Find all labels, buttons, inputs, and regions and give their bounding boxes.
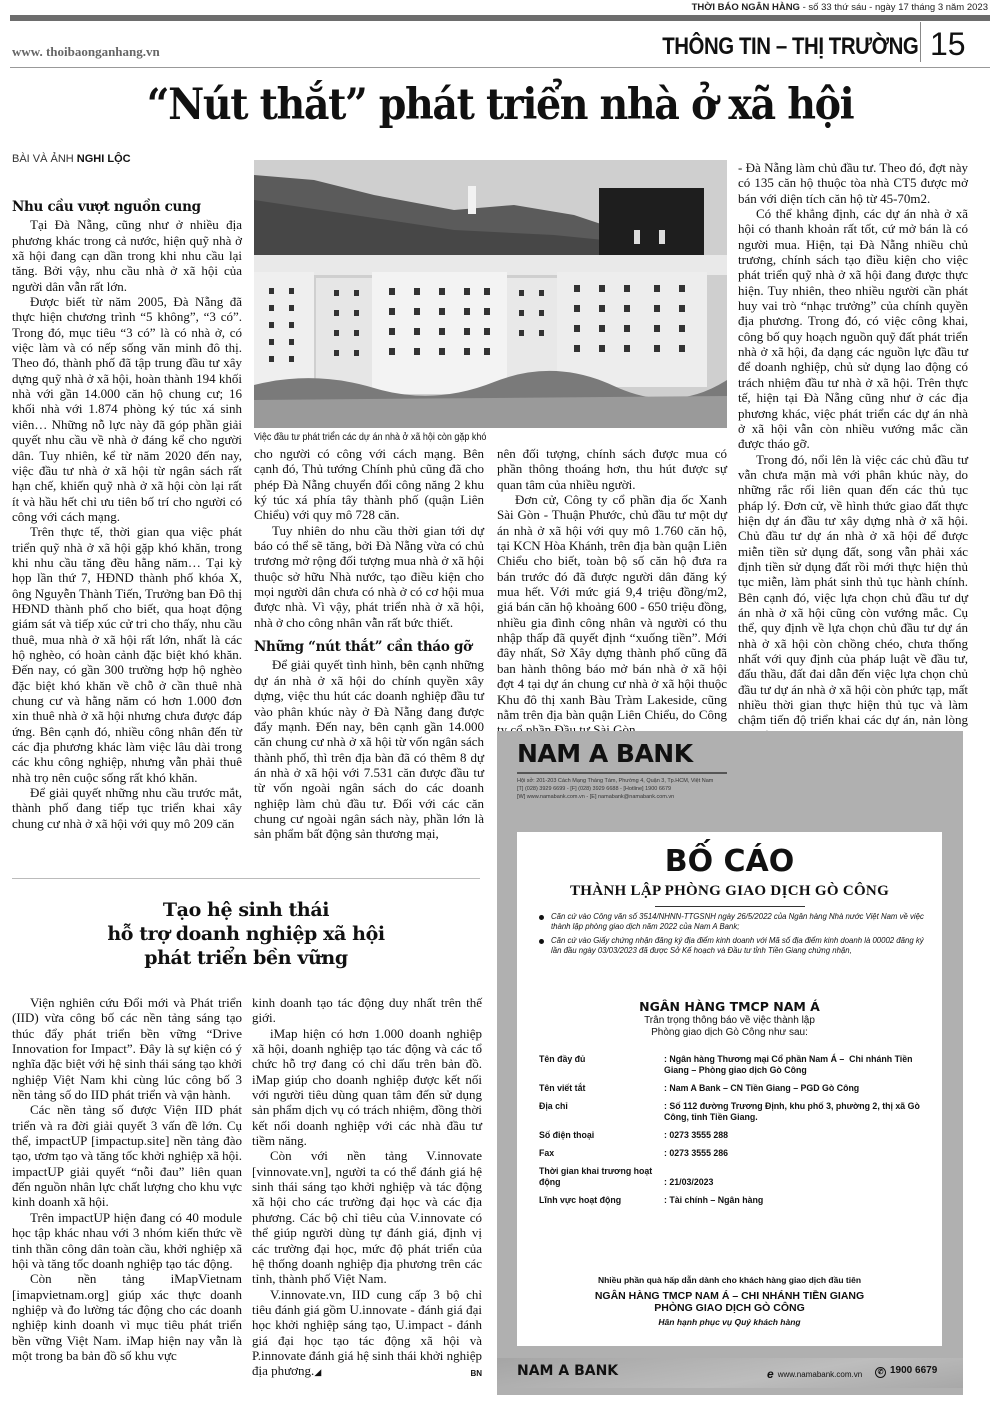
ad-branch-footer: NGÂN HÀNG TMCP NAM Á – CHI NHÁNH TIỀN GI… [517,1290,942,1314]
detail-label: Thời gian khai trương hoạt động [539,1166,664,1195]
nam-a-bank-advertisement: NAM A BANK Hội sở: 201-203 Cách Mạng Thá… [497,731,963,1395]
paragraph: Có thể khẳng định, các dự án nhà ở xã hộ… [738,206,968,452]
logo-underline [517,772,727,774]
paragraph: Còn nền tảng iMapVietnam [imapvietnam.or… [12,1271,242,1363]
paragraph-text: Trong đó, nổi lên là việc các chủ đầu tư… [738,452,968,743]
paragraph: Trên thực tế, thời gian qua việc phát tr… [12,524,242,785]
detail-label: Địa chỉ [539,1101,664,1130]
detail-value: : Số 112 đường Trương Định, khu phố 3, p… [664,1101,929,1130]
detail-row: Tên viết tắt: Nam A Bank – CN Tiền Giang… [539,1083,929,1101]
paragraph: iMap hiện có hơn 1.000 doanh nghiệp xã h… [252,1026,482,1149]
article2-title-line: hỗ trợ doanh nghiệp xã hội [12,922,480,946]
masthead-issue-line: THỜI BÁO NGÂN HÀNG - số 33 thứ sáu - ngà… [692,2,988,13]
issue-info: - số 33 thứ sáu - ngày 17 tháng 3 năm 20… [800,2,988,13]
ad-website-text: www.namabank.com.vn [778,1370,862,1379]
ad-notice-line: Trân trọng thông báo về việc thành lập [517,1015,942,1027]
ad-hotline-number: 1900 6679 [890,1365,937,1376]
detail-row: Tên đầy đủ: Ngân hàng Thương mại Cổ phần… [539,1054,929,1083]
paragraph: Tại Đà Nẵng, cũng như ở nhiều địa phương… [12,217,242,294]
article1-column-2: cho người có công với cách mạng. Bên cạn… [254,446,484,842]
paragraph: Được biết từ năm 2005, Đà Nẵng đã thực h… [12,294,242,524]
article2-title-line: phát triển bền vững [12,946,480,970]
end-mark-icon: ◢ [314,1367,321,1377]
ad-notice-text: Trân trọng thông báo về việc thành lập P… [517,1015,942,1038]
detail-value: : 0273 3555 286 [664,1148,929,1166]
article2-column-2: kinh doanh tạo tác động duy nhất trên th… [252,995,482,1382]
paragraph: Các nền tảng số được Viện IID phát triển… [12,1102,242,1209]
web-icon: e [767,1367,774,1381]
paragraph: nên đối tượng, chính sách được mua có ph… [497,446,727,492]
paragraph: - Đà Nẵng làm chủ đầu tư. Theo đó, đợt n… [738,160,968,206]
ad-contact-info: Hội sở: 201-203 Cách Mạng Tháng Tám, Phư… [517,777,713,801]
page-number-divider [920,22,921,62]
article1-column-3: nên đối tượng, chính sách được mua có ph… [497,446,727,738]
paragraph: Để giải quyết những nhu cầu trước mắt, t… [12,785,242,831]
detail-row: Thời gian khai trương hoạt động: 21/03/2… [539,1166,929,1195]
detail-label: Số điện thoại [539,1130,664,1148]
ad-bullet-item: Căn cứ vào Công văn số 3514/NHNN-TTGSNH … [537,912,932,932]
paragraph: kinh doanh tạo tác động duy nhất trên th… [252,995,482,1026]
detail-row: Địa chỉ: Số 112 đường Trương Định, khu p… [539,1101,929,1130]
ad-branch-line: PHÒNG GIAO DỊCH GÒ CÔNG [517,1302,942,1314]
article2-title-line: Tạo hệ sinh thái [12,898,480,922]
ad-subtitle: THÀNH LẬP PHÒNG GIAO DỊCH GÒ CÔNG [517,883,942,900]
ad-slogan: Hân hạnh phục vụ Quý khách hàng [517,1317,942,1327]
nam-a-bank-footer-logo: NAM A BANK [517,1363,618,1379]
detail-value: : Ngân hàng Thương mại Cổ phần Nam Á – C… [664,1054,929,1083]
byline-author: NGHI LỘC [77,153,131,165]
byline-prefix: BÀI VÀ ẢNH [12,153,77,165]
detail-label: Lĩnh vực hoạt động [539,1195,664,1213]
detail-label: Tên viết tắt [539,1083,664,1101]
section-title: THÔNG TIN – THỊ TRƯỜNG [662,33,918,61]
ad-hotline[interactable]: ✆1900 6679 [875,1365,937,1378]
ad-notice-panel: BỐ CÁO THÀNH LẬP PHÒNG GIAO DỊCH GÒ CÔNG… [517,832,942,1346]
ad-contact-line: [T] (028) 3929 6699 - [F] (028) 3929 668… [517,785,713,793]
phone-icon: ✆ [875,1367,886,1378]
article2-author: BN [452,1366,482,1381]
paragraph: Trên impactUP hiện đang có 40 module học… [12,1210,242,1271]
page-number: 15 [930,26,966,63]
masthead-bar [10,15,990,21]
header-divider [10,67,990,68]
paper-name: THỜI BÁO NGÂN HÀNG [692,2,800,13]
ad-notice-line: Phòng giao dịch Gò Công như sau: [517,1027,942,1039]
paragraph: Còn với nền tảng V.innovate [vinnovate.v… [252,1148,482,1286]
paragraph: cho người có công với cách mạng. Bên cạn… [254,446,484,523]
ad-bottom-bar: NAM A BANK ewww.namabank.com.vn ✆1900 66… [497,1358,963,1388]
ad-title: BỐ CÁO [517,844,942,879]
article-photo-apartments [254,160,727,428]
subheading-bottlenecks: Những “nút thắt” cần tháo gỡ [254,640,484,655]
site-url-link[interactable]: www. thoibaonganhang.vn [12,44,160,60]
ad-contact-line: Hội sở: 201-203 Cách Mạng Tháng Tám, Phư… [517,777,713,785]
detail-label: Tên đầy đủ [539,1054,664,1083]
apartment-photo-image [254,160,727,428]
article1-column-1: Nhu cầu vượt nguồn cung Tại Đà Nẵng, cũn… [12,200,242,831]
article2-title: Tạo hệ sinh thái hỗ trợ doanh nghiệp xã … [12,898,480,970]
ad-branch-line: NGÂN HÀNG TMCP NAM Á – CHI NHÁNH TIỀN GI… [517,1290,942,1302]
detail-row: Fax: 0273 3555 286 [539,1148,929,1166]
article2-column-1: Viện nghiên cứu Đổi mới và Phát triển (I… [12,995,242,1363]
ad-bank-name: NGÂN HÀNG TMCP NAM Á [517,999,942,1014]
paragraph: Trong đó, nổi lên là việc các chủ đầu tư… [738,452,968,746]
paragraph: V.innovate.vn, IID cung cấp 3 bộ chỉ tiê… [252,1287,482,1381]
ad-website-link[interactable]: ewww.namabank.com.vn [767,1367,862,1381]
paragraph: Tuy nhiên do nhu cầu thời gian tới dự bá… [254,523,484,630]
article1-column-4: - Đà Nẵng làm chủ đầu tư. Theo đó, đợt n… [738,160,968,745]
ad-contact-line: [W] www.namabank.com.vn - [E] namabank@n… [517,793,713,801]
detail-value: : 21/03/2023 [664,1166,929,1195]
paragraph-text: V.innovate.vn, IID cung cấp 3 bộ chỉ tiê… [252,1287,482,1379]
detail-value: : 0273 3555 288 [664,1130,929,1148]
detail-value: : Nam A Bank – CN Tiền Giang – PGD Gò Cô… [664,1083,929,1101]
ad-bullet-item: Căn cứ vào Giấy chứng nhận đăng ký địa đ… [537,936,932,956]
ad-legal-basis-list: Căn cứ vào Công văn số 3514/NHNN-TTGSNH … [537,912,932,960]
article-headline: “Nút thắt” phát triển nhà ở xã hội [40,80,960,130]
detail-row: Lĩnh vực hoạt động: Tài chính – Ngân hàn… [539,1195,929,1213]
detail-label: Fax [539,1148,664,1166]
photo-caption: Việc đầu tư phát triển các dự án nhà ở x… [254,432,486,443]
detail-row: Số điện thoại: 0273 3555 288 [539,1130,929,1148]
paragraph: Viện nghiên cứu Đổi mới và Phát triển (I… [12,995,242,1102]
byline: BÀI VÀ ẢNH NGHI LỘC [12,153,131,165]
paragraph: Đơn cử, Công ty cổ phần địa ốc Xanh Sài … [497,492,727,738]
ad-subtitle-rule [655,906,805,907]
nam-a-bank-logo: NAM A BANK [517,739,693,768]
subheading-demand: Nhu cầu vượt nguồn cung [12,200,242,215]
paragraph: Để giải quyết tình hình, bên cạnh những … [254,657,484,841]
ad-gift-note: Nhiều phần quà hấp dẫn dành cho khách hà… [517,1275,942,1285]
detail-value: : Tài chính – Ngân hàng [664,1195,929,1213]
ad-branch-details: Tên đầy đủ: Ngân hàng Thương mại Cổ phần… [539,1054,929,1213]
article-divider [12,878,480,879]
